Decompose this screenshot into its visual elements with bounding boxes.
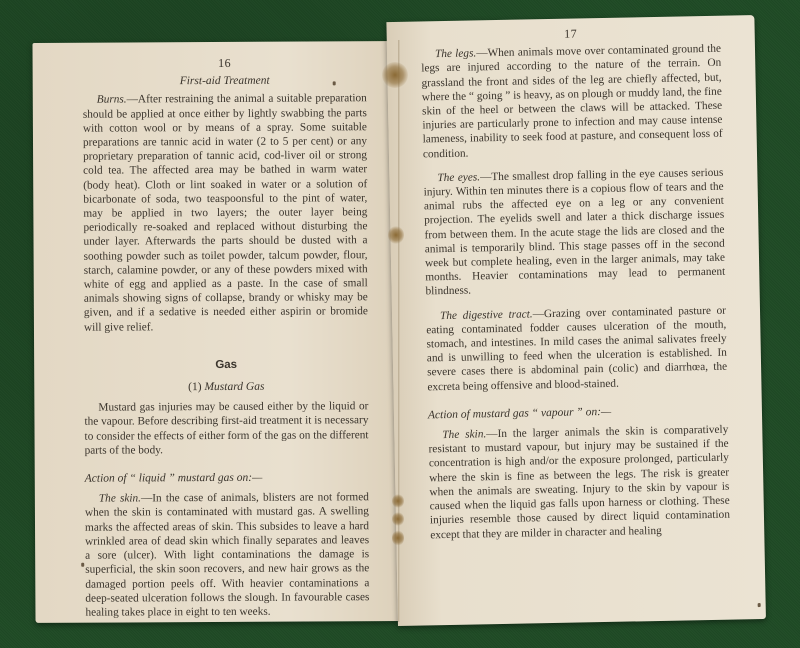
page-number-right: 17 (421, 24, 721, 44)
skin-vapour-paragraph: The skin.—In the larger animals the skin… (428, 423, 730, 542)
skin-liquid-paragraph: The skin.—In the case of animals, bliste… (85, 490, 370, 619)
left-page: 16 First-aid Treatment Burns.—After rest… (32, 41, 399, 623)
burns-paragraph: Burns.—After restraining the animal a su… (83, 92, 368, 335)
stain-spot (382, 62, 408, 88)
eyes-paragraph: The eyes.—The smallest drop falling in t… (423, 165, 725, 299)
paragraph-lead: The skin. (442, 428, 486, 441)
action-heading-liquid: Action of “ liquid ” mustard gas on:— (85, 470, 369, 486)
paragraph-lead: The digestive tract. (440, 308, 533, 322)
paragraph-body: —In the larger animals the skin is compa… (429, 424, 731, 541)
stain-spot (392, 494, 404, 508)
paragraph-body: —After restraining the animal a suitable… (83, 93, 368, 334)
paragraph-body: —In the case of animals, blisters are no… (85, 491, 370, 618)
right-page: 17 The legs.—When animals move over cont… (386, 15, 766, 626)
digestive-paragraph: The digestive tract.—Grazing over contam… (426, 303, 728, 394)
paper-speck (81, 563, 84, 567)
paragraph-lead: The skin. (99, 493, 141, 505)
paragraph-body: —When animals move over contaminated gro… (421, 43, 723, 160)
page-number-left: 16 (83, 55, 367, 71)
paper-speck (333, 81, 336, 85)
section-heading: Gas (84, 357, 368, 373)
paragraph-lead: Burns. (97, 94, 127, 106)
stain-spot (388, 226, 404, 244)
stain-spot (392, 530, 404, 546)
subsection-title: Mustard Gas (204, 381, 264, 393)
intro-paragraph: Mustard gas injuries may be caused eithe… (84, 399, 368, 457)
paper-speck (758, 603, 761, 607)
paragraph-body: —The smallest drop falling in the eye ca… (424, 166, 726, 297)
paragraph-lead: The eyes. (437, 171, 480, 184)
legs-paragraph: The legs.—When animals move over contami… (421, 42, 723, 161)
subsection-number: (1) (188, 381, 201, 393)
action-heading-vapour: Action of mustard gas “ vapour ” on:— (428, 403, 728, 423)
stain-spot (392, 512, 404, 526)
running-head: First-aid Treatment (83, 73, 367, 89)
subsection-heading: (1) Mustard Gas (84, 379, 368, 395)
paragraph-lead: The legs. (435, 48, 476, 61)
right-page-text: 17 The legs.—When animals move over cont… (421, 24, 731, 542)
left-page-text: 16 First-aid Treatment Burns.—After rest… (83, 55, 370, 620)
